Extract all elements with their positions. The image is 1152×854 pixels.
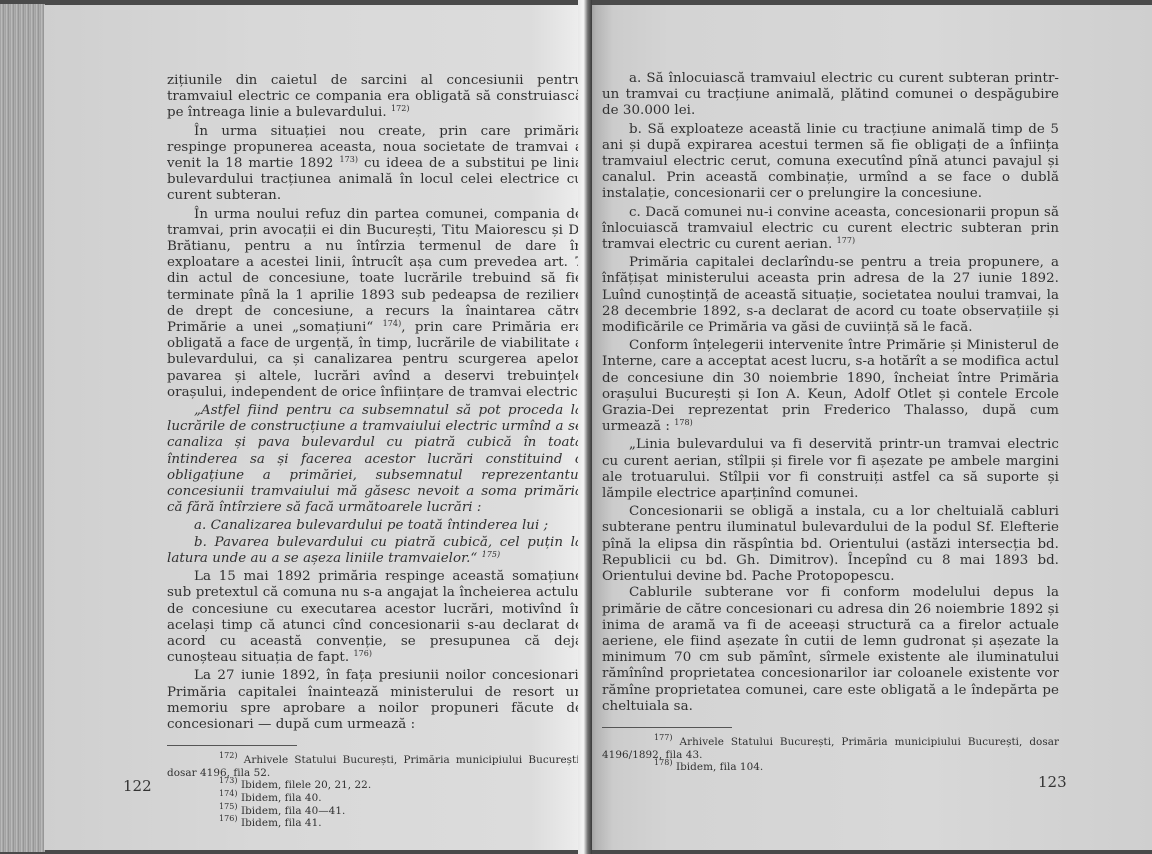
paragraph-text: Conform înțelegerii intervenite între Pr…: [602, 338, 1059, 434]
list-item-b: b. Să exploateze această linie cu tracți…: [602, 122, 1059, 203]
left-page-body: zițiunile din caietul de sarcini al conc…: [167, 73, 583, 830]
book-spread: zițiunile din caietul de sarcini al conc…: [0, 0, 1152, 854]
page-edges: [0, 4, 45, 852]
paragraph: La 27 iunie 1892, în fața presiunii noil…: [167, 668, 583, 733]
right-page-body: a. Să înlocuiască tramvaiul electric cu …: [602, 71, 1059, 774]
footnote-number: 178): [654, 758, 673, 767]
paragraph: zițiunile din caietul de sarcini al conc…: [167, 73, 583, 122]
book-gutter: [578, 0, 592, 854]
paragraph: La 15 mai 1892 primăria respinge această…: [167, 569, 583, 666]
footnote-ref: 173): [339, 155, 358, 164]
list-item-a: a. Să înlocuiască tramvaiul electric cu …: [602, 71, 1059, 120]
footnote-ref: 176): [353, 649, 372, 658]
footnote-number: 172): [219, 751, 238, 760]
footnote-number: 177): [654, 733, 673, 742]
quote-paragraph: „Astfel fiind pentru ca subsemnatul să p…: [167, 403, 583, 516]
footnote-number: 175): [219, 802, 238, 811]
paragraph: Primăria capitalei declarîndu-se pentru …: [602, 255, 1059, 336]
paragraph: În urma situației nou create, prin care …: [167, 124, 583, 205]
footnote-ref: 175): [482, 550, 501, 559]
footnote-ref: 177): [837, 236, 856, 245]
page-number: 122: [123, 777, 152, 795]
footnote-ref: 178): [674, 418, 693, 427]
list-item-c: c. Dacă comunei nu-i convine aceasta, co…: [602, 205, 1059, 254]
footnote-number: 173): [219, 776, 238, 785]
paragraph-text: zițiunile din caietul de sarcini al conc…: [167, 73, 583, 120]
paragraph: Conform înțelegerii intervenite între Pr…: [602, 338, 1059, 435]
quote-item-b: b. Pavarea bulevardului cu piatră cubică…: [167, 535, 583, 567]
paragraph: În urma noului refuz din partea comunei,…: [167, 207, 583, 401]
footnote-text: Ibidem, fila 40.: [238, 792, 322, 804]
paragraph-text: La 15 mai 1892 primăria respinge această…: [167, 569, 583, 665]
footnote-text: Ibidem, filele 20, 21, 22.: [238, 779, 372, 791]
quote-item-a: a. Canalizarea bulevardului pe toată înt…: [167, 518, 583, 534]
right-page: a. Să înlocuiască tramvaiul electric cu …: [585, 5, 1152, 850]
footnote-ref: 174): [383, 319, 402, 328]
footnote-ref: 172): [391, 104, 410, 113]
page-number: 123: [1038, 773, 1067, 791]
footnote-text: Ibidem, fila 104.: [673, 761, 764, 773]
footnote-number: 174): [219, 789, 238, 798]
footnotes: 172) Arhivele Statului București, Primăr…: [167, 754, 583, 830]
footnote-number: 176): [219, 814, 238, 823]
paragraph: Cablurile subterane vor fi conform model…: [602, 585, 1059, 715]
paragraph-text: c. Dacă comunei nu-i convine aceasta, co…: [602, 205, 1059, 252]
footnote-divider: [602, 727, 732, 728]
footnote-text: Ibidem, fila 41.: [238, 817, 322, 829]
left-page: zițiunile din caietul de sarcini al conc…: [44, 5, 585, 850]
quote-paragraph: „Linia bulevardului va fi deservită prin…: [602, 437, 1059, 502]
footnote: 176) Ibidem, fila 41.: [167, 817, 583, 830]
paragraph-text: b. Pavarea bulevardului cu piatră cubică…: [167, 535, 583, 566]
footnotes: 177) Arhivele Statului București, Primăr…: [602, 736, 1059, 774]
footnote-text: Ibidem, fila 40—41.: [238, 805, 346, 817]
paragraph-text: În urma noului refuz din partea comunei,…: [167, 207, 583, 335]
footnote: 178) Ibidem, fila 104.: [602, 761, 1059, 774]
footnote-divider: [167, 745, 297, 746]
paragraph: Concesionarii se obligă a instala, cu a …: [602, 504, 1059, 585]
